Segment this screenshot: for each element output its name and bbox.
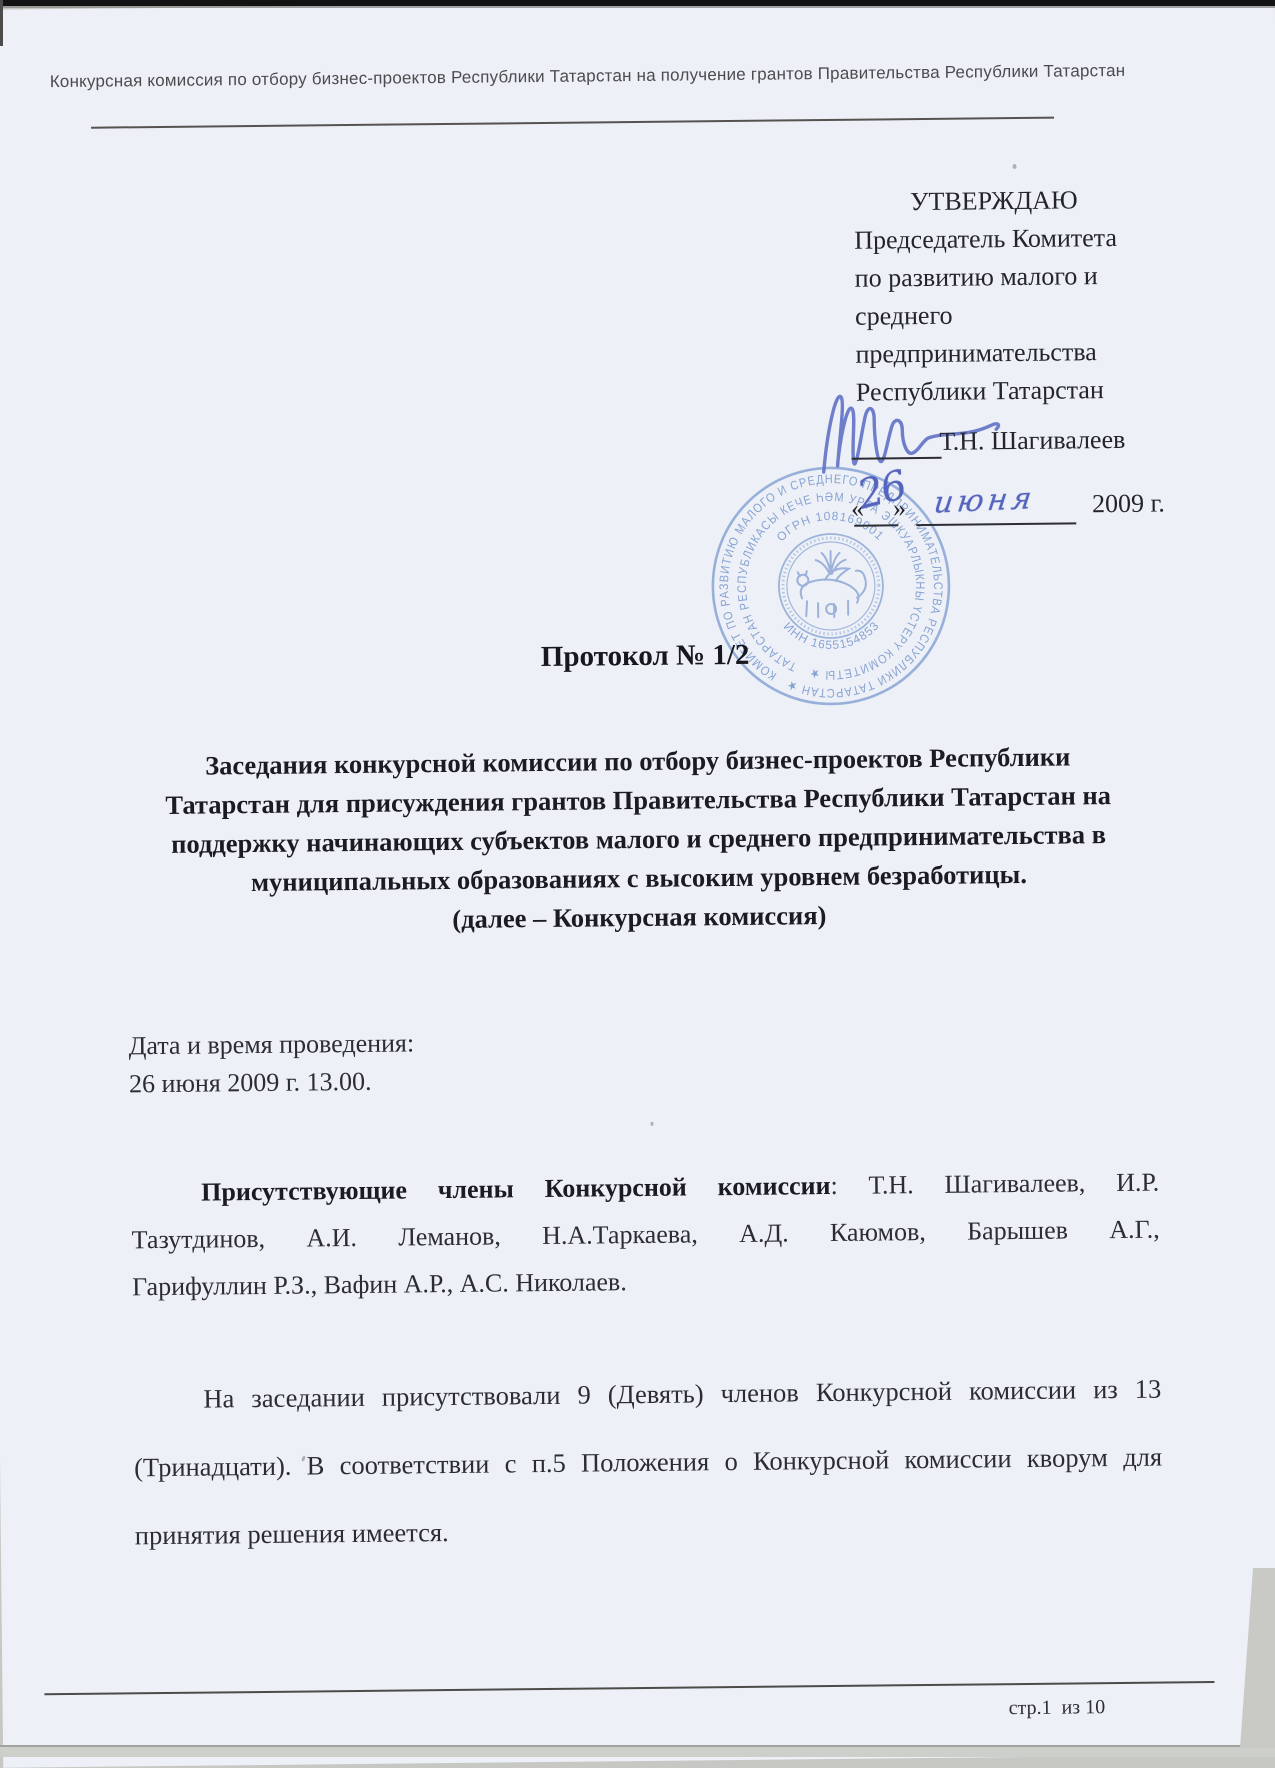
scanned-document-page: Конкурсная комиссия по отбору бизнес-про… (0, 0, 1275, 1755)
paper-sheet: Конкурсная комиссия по отбору бизнес-про… (0, 0, 1275, 1755)
page-number: стр.1 из 10 (1009, 1696, 1106, 1720)
datetime-block: Дата и время проведения: 26 июня 2009 г.… (128, 1024, 414, 1103)
present-members-paragraph: Присутствующие члены Конкурсной комиссии… (131, 1167, 1160, 1319)
datetime-label: Дата и время проведения: (128, 1024, 414, 1065)
scan-speck (1013, 164, 1017, 169)
official-round-stamp: КОМИТЕТ ПО РАЗВИТИЮ МАЛОГО И СРЕДНЕГО ПР… (699, 454, 964, 719)
present-names: : Т.Н. Шагивалеев, И.Р. (830, 1168, 1159, 1200)
scanner-edge-left (0, 0, 3, 46)
stamp-ring-middle-text: ТАТАРСТАН РЕСПУБЛИКАСЫ КЕЧЕ ҺӘМ УРТА ЭШК… (705, 460, 958, 713)
signer-name: Т.Н. Шагивалеев (939, 425, 1125, 457)
date-quote-close: » (893, 493, 906, 523)
document-header-text: Конкурсная комиссия по отбору бизнес-про… (0, 60, 1184, 92)
approval-line: по развитию малого и (854, 257, 1150, 298)
present-line: Гарифуллин Р.З., Вафин А.Р., А.С. Никола… (132, 1261, 1160, 1319)
winged-leopard-icon (797, 551, 866, 618)
quorum-line: (Тринадцати). В соответствии с п.5 Полож… (134, 1441, 1163, 1520)
datetime-value: 26 июня 2009 г. 13.00. (129, 1062, 415, 1103)
header-divider (91, 117, 1054, 129)
date-year: 2009 г. (1092, 488, 1165, 519)
quorum-line: принятия решения имеется. (135, 1509, 1164, 1588)
approval-title: УТВЕРЖДАЮ (854, 181, 1150, 222)
present-lead-bold: Присутствующие члены Конкурсной комиссии (201, 1171, 831, 1207)
quorum-paragraph: На заседании присутствовали 9 (Девять) ч… (133, 1373, 1163, 1588)
protocol-title: Протокол № 1/2 (137, 635, 1152, 679)
subject-paragraph: Заседания конкурсной комиссии по отбору … (122, 737, 1156, 943)
svg-text:ТАТАРСТАН РЕСПУБЛИКАСЫ КЕЧЕ ҺӘ: ТАТАРСТАН РЕСПУБЛИКАСЫ КЕЧЕ ҺӘМ УРТА ЭШК… (705, 460, 958, 713)
quorum-line: На заседании присутствовали 9 (Девять) ч… (133, 1373, 1162, 1452)
footer-divider (44, 1681, 1214, 1695)
approval-line: Председатель Комитета (854, 219, 1150, 260)
scanner-edge-shadow (0, 6, 1275, 8)
handwritten-month: июня (932, 481, 1038, 521)
scan-speck (651, 1122, 654, 1126)
approval-line: среднего (855, 295, 1151, 336)
month-blank-line (916, 522, 1076, 526)
scanner-edge-bottom (0, 1745, 1275, 1755)
approval-line: предпринимательства (855, 333, 1151, 374)
